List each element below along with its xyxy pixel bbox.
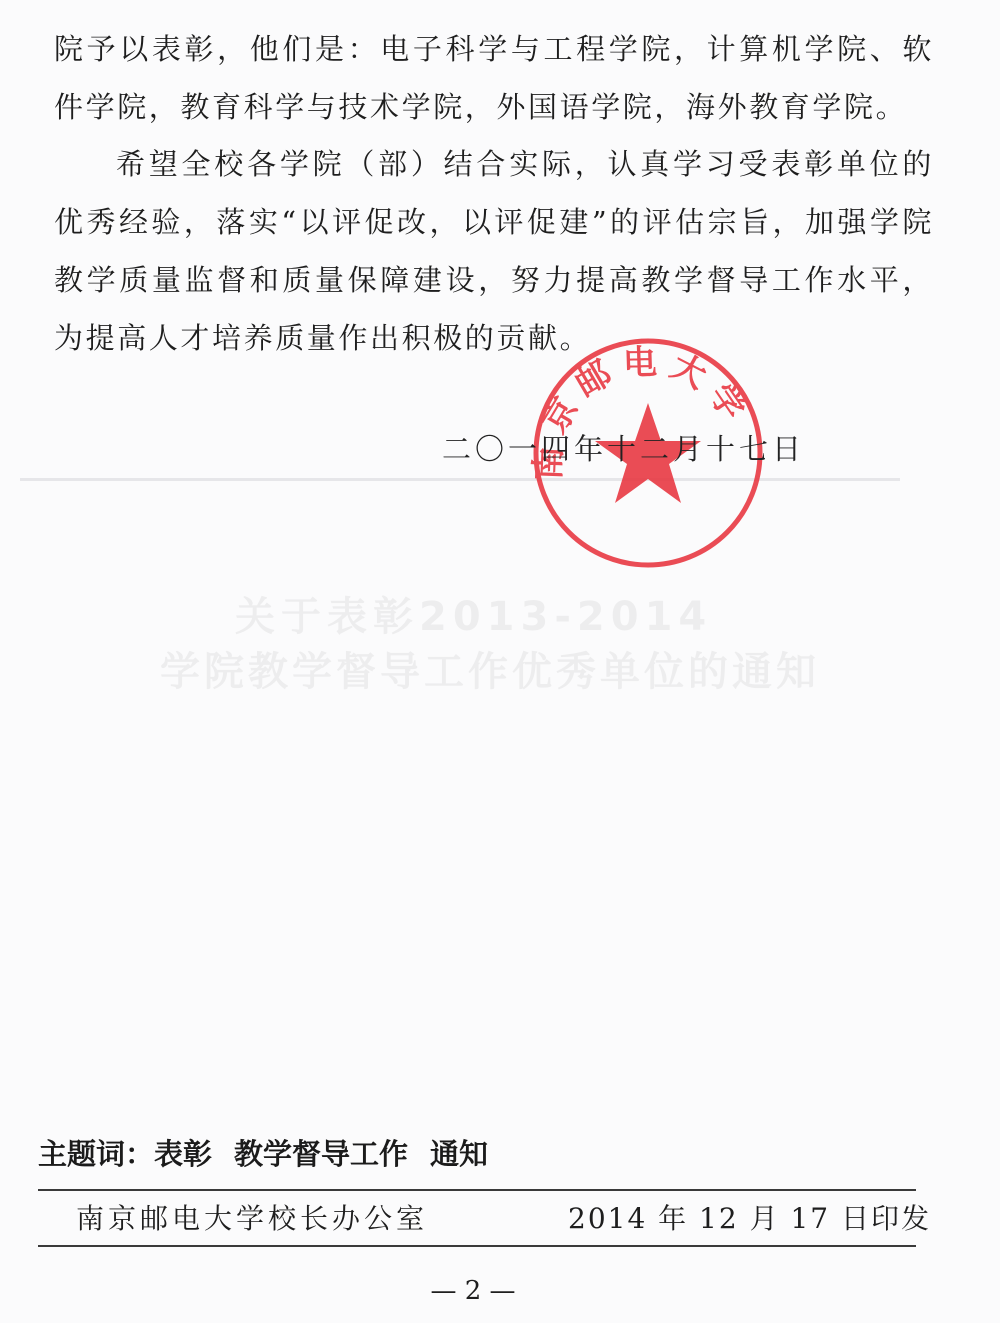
keyword-item: 教学督导工作 bbox=[234, 1137, 408, 1171]
divider bbox=[38, 1245, 916, 1247]
signature-date: 二〇一四年十二月十七日 bbox=[442, 427, 805, 468]
subject-keywords: 主题词：表彰教学督导工作通知 bbox=[38, 1132, 510, 1173]
keyword-item: 通知 bbox=[430, 1137, 488, 1171]
body-paragraph-1: 院予以表彰，他们是：电子科学与工程学院，计算机学院、软件学院，教育科学与技术学院… bbox=[54, 20, 934, 136]
body-paragraph-2: 希望全校各学院（部）结合实际，认真学习受表彰单位的优秀经验，落实“以评促改，以评… bbox=[54, 135, 934, 367]
issuer: 南京邮电大学校长办公室 bbox=[76, 1197, 428, 1237]
scan-bleed-through: 学院教学督导工作优秀单位的通知 bbox=[160, 640, 820, 697]
page-number: — 2 — bbox=[0, 1276, 946, 1306]
keywords-label: 主题词： bbox=[38, 1137, 154, 1171]
scan-bleed-line bbox=[20, 478, 900, 481]
keyword-item: 表彰 bbox=[154, 1137, 212, 1171]
divider bbox=[38, 1189, 916, 1191]
issue-date: 2014 年 12 月 17 日印发 bbox=[568, 1197, 931, 1237]
scan-bleed-through: 关于表彰2013-2014 bbox=[235, 585, 712, 642]
